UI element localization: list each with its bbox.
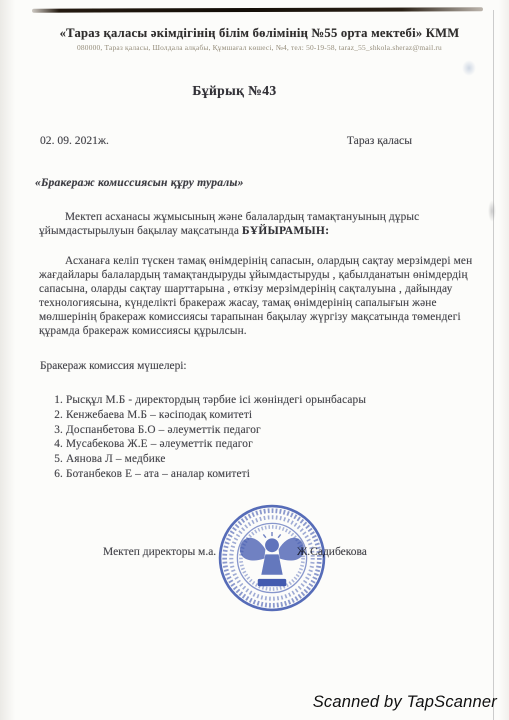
round-seal-stamp-icon: [216, 502, 328, 614]
member-item: Доспанбетова Б.О – әлеуметтік педагог: [66, 424, 486, 437]
school-header-address: 080000, Тараз қаласы, Шолдала алқабы, Құ…: [30, 43, 489, 52]
order-number-title: Бұйрық №43: [0, 83, 469, 99]
member-item: Рысқұл М.Б - директордың тәрбие ісі жөні…: [66, 394, 486, 407]
date-city-row: 02. 09. 2021ж. Тараз қаласы: [40, 134, 412, 147]
members-heading: Бракераж комиссия мүшелері:: [40, 360, 187, 372]
scan-fold-line-artifact: [493, 10, 494, 720]
member-item: Аянова Л – медбике: [66, 453, 486, 466]
decree-keyword: БҰЙЫРАМЫН:: [242, 225, 329, 237]
order-subject: «Бракераж комиссиясын құру туралы»: [35, 176, 244, 189]
school-header-title: «Тараз қаласы әкімдігінің білім бөліміні…: [30, 26, 489, 41]
paragraph-body: Асханаға келіп түскен тамақ өнімдерінің …: [39, 255, 473, 338]
signature-role: Мектеп директоры м.а.: [103, 546, 216, 558]
paragraph-intro-text: Мектеп асханасы жұмысының және балаларды…: [39, 211, 419, 237]
scanned-document-page: «Тараз қаласы әкімдігінің білім бөліміні…: [0, 0, 509, 720]
scan-smudge: [488, 200, 496, 222]
member-item: Ботанбеков Е – ата – аналар комитеті: [66, 468, 486, 481]
order-city: Тараз қаласы: [347, 134, 412, 147]
member-item: Мусабекова Ж.Е – әлеуметтік педагог: [66, 438, 486, 451]
member-item: Кенжебаева М.Б – кәсіподақ комитеті: [66, 409, 486, 422]
scan-edge-artifact: [32, 7, 483, 12]
order-date: 02. 09. 2021ж.: [40, 134, 109, 147]
scan-smudge: [462, 60, 476, 76]
members-list: Рысқұл М.Б - директордың тәрбие ісі жөні…: [48, 394, 486, 483]
tapscanner-watermark: Scanned by TapScanner: [313, 693, 497, 712]
paragraph-intro: Мектеп асханасы жұмысының және балаларды…: [39, 211, 473, 239]
